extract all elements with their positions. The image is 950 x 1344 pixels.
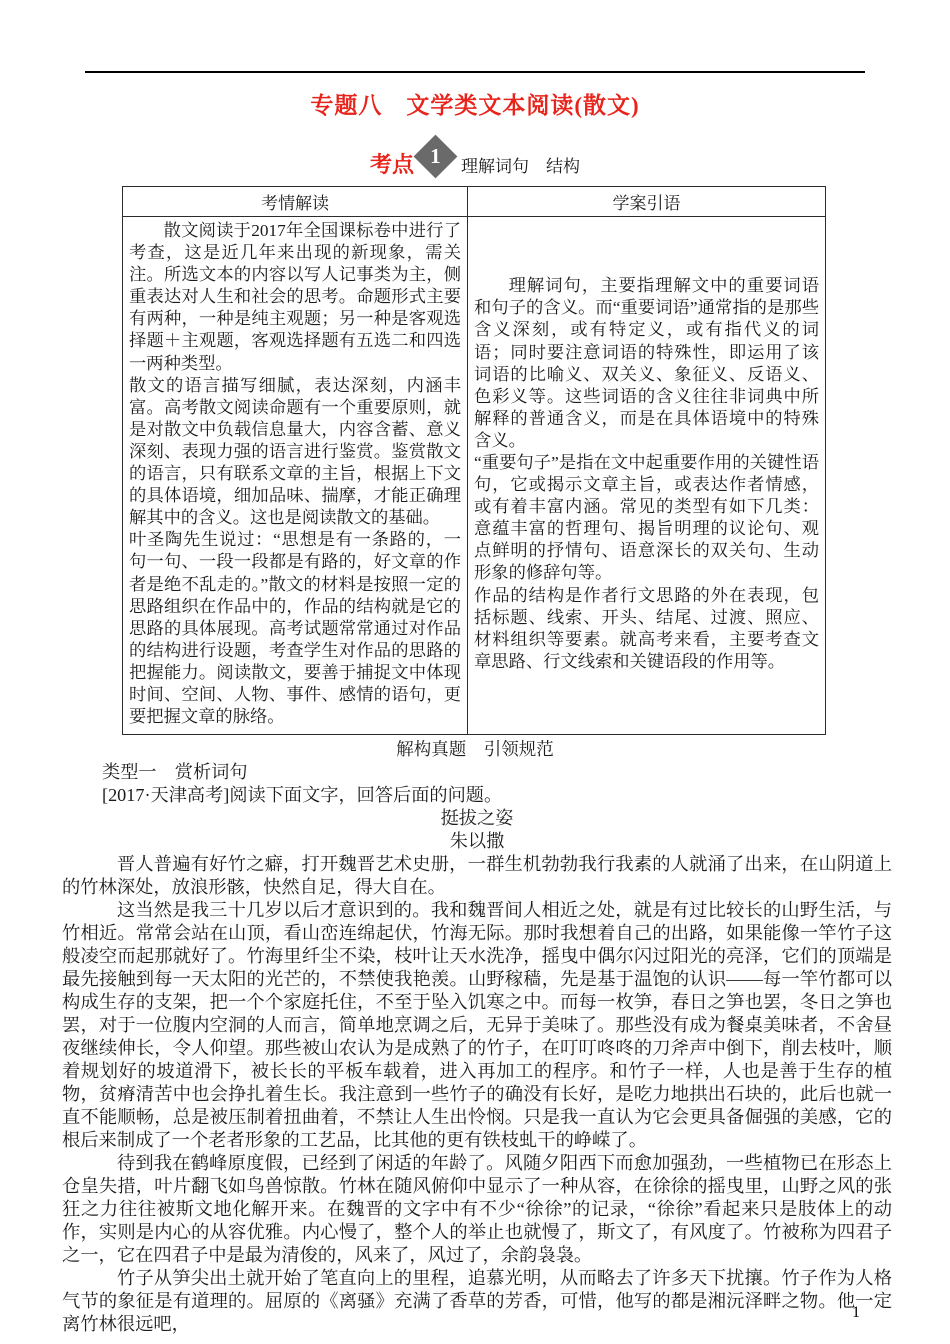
- table-header-row: 考情解读 学案引语: [123, 187, 826, 217]
- table-paragraph: 作品的结构是作者行文思路的外在表现，包括标题、线索、开头、结尾、过渡、照应、材料…: [474, 585, 819, 673]
- table-cell-lesson-guide: 理解词句，主要指理解文中的重要词语和句子的含义。而“重要词语”通常指的是那些含义…: [468, 217, 826, 735]
- type-heading: 类型一 赏析词句: [62, 761, 892, 784]
- essay-paragraph: 竹子从笋尖出土就开始了笔直向上的里程，追慕光明，从而略去了许多天下扰攘。竹子作为…: [62, 1267, 892, 1336]
- exam-source-line: [2017·天津高考]阅读下面文字，回答后面的问题。: [62, 784, 892, 807]
- kaodian-number: 1: [430, 146, 441, 167]
- document-page: 专题八 文学类文本阅读(散文) 考点 1 理解词句 结构 考情解读 学案引语 散…: [0, 0, 950, 1344]
- kaodian-banner: 考点 1 理解词句 结构: [0, 126, 950, 180]
- page-title: 专题八 文学类文本阅读(散文): [0, 87, 950, 120]
- top-rule: [85, 71, 865, 73]
- section-banner: 解构真题 引领规范: [0, 738, 950, 761]
- table-body-row: 散文阅读于2017年全国课标卷中进行了考查，这是近几年来出现的新现象，需关注。所…: [123, 217, 826, 735]
- essay-paragraph: 待到我在鹤峰原度假，已经到了闲适的年龄了。风随夕阳西下而愈加强劲，一些植物已在形…: [62, 1152, 892, 1267]
- table-paragraph: 叶圣陶先生说过：“思想是有一条路的，一句一句、一段一段都是有路的，好文章的作者是…: [129, 529, 461, 728]
- essay-paragraph: 晋人普遍有好竹之癖，打开魏晋艺术史册，一群生机勃勃我行我素的人就涌了出来，在山阴…: [62, 853, 892, 899]
- table-paragraph: 散文阅读于2017年全国课标卷中进行了考查，这是近几年来出现的新现象，需关注。所…: [129, 220, 461, 375]
- essay-title: 挺拔之姿: [62, 807, 892, 830]
- kaodian-label: 考点: [370, 150, 414, 180]
- table-paragraph: 理解词句，主要指理解文中的重要词语和句子的含义。而“重要词语”通常指的是那些含义…: [474, 275, 819, 452]
- essay-paragraph: 这当然是我三十几岁以后才意识到的。我和魏晋间人相近之处，就是有过比较长的山野生活…: [62, 899, 892, 1152]
- essay-author: 朱以撒: [62, 830, 892, 853]
- table-paragraph: 散文的语言描写细腻，表达深刻，内涵丰富。高考散文阅读命题有一个重要原则，就是对散…: [129, 375, 461, 530]
- diamond-number-icon: 1: [414, 135, 458, 179]
- page-number: 1: [852, 1304, 860, 1322]
- table-cell-exam-analysis: 散文阅读于2017年全国课标卷中进行了考查，这是近几年来出现的新现象，需关注。所…: [123, 217, 468, 735]
- table-header-lesson-guide: 学案引语: [468, 187, 826, 217]
- table-header-exam-analysis: 考情解读: [123, 187, 468, 217]
- main-content: 类型一 赏析词句 [2017·天津高考]阅读下面文字，回答后面的问题。 挺拔之姿…: [62, 761, 892, 1336]
- table-paragraph: “重要句子”是指在文中起重要作用的关键性语句，它或揭示文章主旨，或表达作者情感，…: [474, 452, 819, 585]
- exam-overview-table: 考情解读 学案引语 散文阅读于2017年全国课标卷中进行了考查，这是近几年来出现…: [122, 186, 826, 735]
- kaodian-topic: 理解词句 结构: [461, 154, 580, 180]
